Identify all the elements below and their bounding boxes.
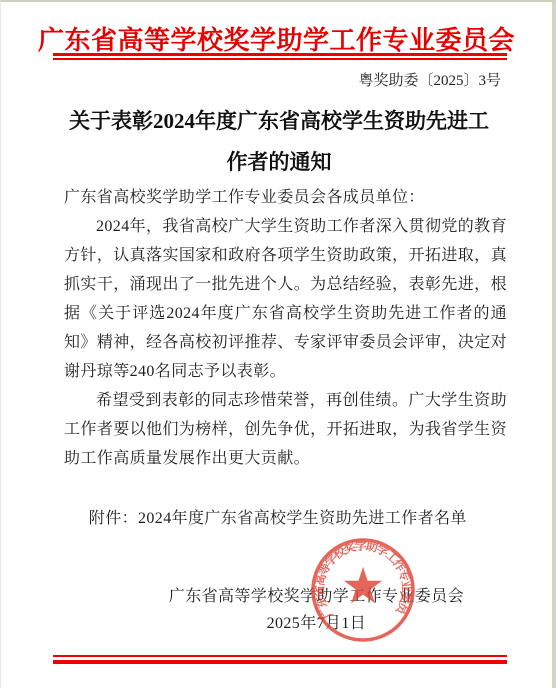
- document-title: 关于表彰2024年度广东省高校学生资助先进工作者的通知: [59, 101, 499, 183]
- body-paragraph-2: 希望受到表彰的同志珍惜荣誉，再创佳绩。广大学生资助工作者要以他们为榜样，创先争优…: [64, 386, 507, 473]
- official-document-page: 广东省高等学校奖学助学工作专业委员会 粤奖助委〔2025〕3号 关于表彰2024…: [0, 0, 556, 688]
- issuer-header: 广东省高等学校奖学助学工作专业委员会: [1, 20, 552, 57]
- attachment-line: 附件：2024年度广东省高校学生资助先进工作者名单: [64, 505, 507, 528]
- signature-issuer-name: 广东省高等学校奖学助学工作专业委员会: [169, 583, 464, 610]
- document-body: 广东省高校奖学助学工作专业委员会各成员单位： 2024年，我省高校广大学生资助工…: [64, 183, 507, 473]
- body-paragraph-1: 2024年，我省高校广大学生资助工作者深入贯彻党的教育方针，认真落实国家和政府各…: [64, 212, 507, 386]
- signature-block: 广东省高等学校奖学助学工作专业委员会 2025年7月1日: [169, 583, 464, 637]
- signature-date: 2025年7月1日: [169, 610, 464, 637]
- salutation-line: 广东省高校奖学助学工作专业委员会各成员单位：: [64, 183, 507, 212]
- footer-divider-rule: [53, 655, 507, 664]
- header-divider-rule: [53, 53, 507, 60]
- document-number: 粤奖助委〔2025〕3号: [358, 69, 501, 90]
